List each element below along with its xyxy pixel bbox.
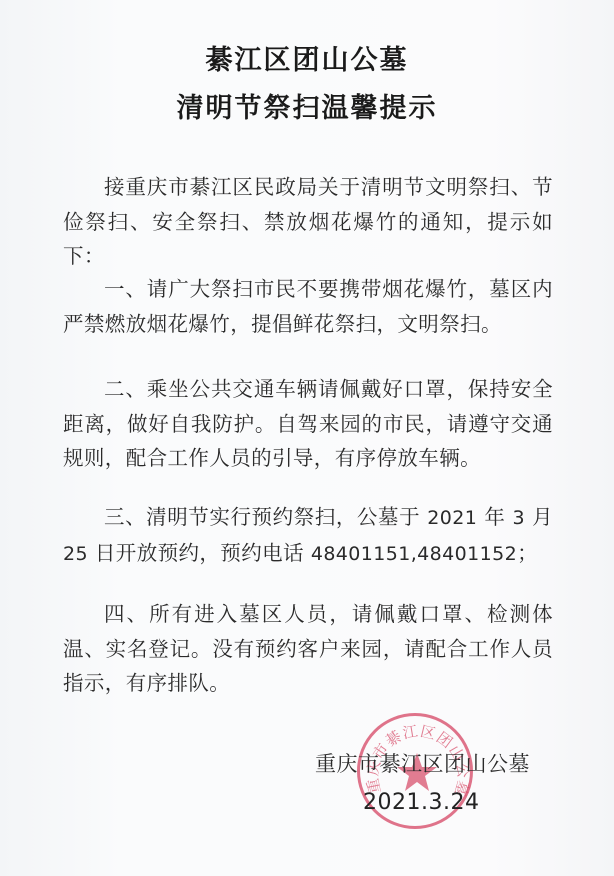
notice-item-1: 一、请广大祭扫市民不要携带烟花爆竹，墓区内严禁燃放烟花爆竹，提倡鲜花祭扫，文明祭…	[63, 272, 553, 341]
signature-org: 重庆市綦江区团山公墓	[315, 748, 530, 778]
notice-item-4: 四、所有进入墓区人员，请佩戴口罩、检测体温、实名登记。没有预约客户来园，请配合工…	[63, 597, 553, 701]
document-title: 綦江区团山公墓	[0, 38, 614, 77]
notice-item-2: 二、乘坐公共交通车辆请佩戴好口罩，保持安全距离，做好自我防护。自驾来园的市民，请…	[63, 372, 553, 476]
intro-paragraph: 接重庆市綦江区民政局关于清明节文明祭扫、节俭祭扫、安全祭扫、禁放烟花爆竹的通知，…	[63, 170, 553, 274]
item-3-text-b: 年	[484, 505, 505, 529]
appointment-month: 3	[512, 507, 525, 529]
document-subtitle: 清明节祭扫温馨提示	[0, 86, 614, 125]
item-3-text-d: 日开放预约，预约电话	[95, 541, 304, 565]
notice-item-3: 三、清明节实行预约祭扫，公墓于 2021 年 3 月25 日开放预约，预约电话 …	[63, 500, 553, 571]
appointment-phones: 48401151,48401152	[311, 543, 517, 565]
signature-date: 2021.3.24	[363, 790, 479, 815]
item-3-text-c: 月	[532, 505, 553, 529]
item-3-text-a: 三、清明节实行预约祭扫，公墓于	[104, 505, 420, 529]
appointment-day: 25	[63, 543, 88, 565]
appointment-year: 2021	[427, 507, 477, 529]
item-3-text-e: ；	[517, 541, 538, 565]
document-page: 綦江区团山公墓 清明节祭扫温馨提示 接重庆市綦江区民政局关于清明节文明祭扫、节俭…	[0, 0, 614, 876]
